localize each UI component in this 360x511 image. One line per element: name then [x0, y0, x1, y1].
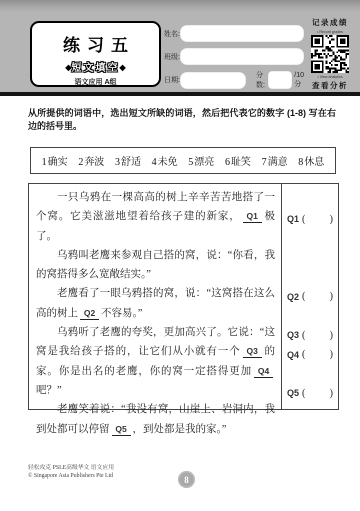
- exercise-title-box: 练习五 ◆短文填空◆ 语文应用 A组: [30, 21, 161, 87]
- class-row: 班级:: [164, 48, 304, 65]
- student-form: 姓名: 班级: 日期: 分数: /10分: [164, 0, 304, 92]
- qr-code-icon: [311, 35, 349, 73]
- answer-slot-Q4[interactable]: Q4(): [287, 345, 334, 364]
- name-field[interactable]: [180, 25, 304, 42]
- qr-top-sublabel: • Record grades: [308, 29, 351, 34]
- score-field[interactable]: [268, 71, 292, 89]
- passage-paragraph: 一只乌鸦在一棵高高的树上辛辛苦苦地搭了一个窝。它美滋滋地望着给孩子建的新家，Q1…: [36, 188, 275, 246]
- word-bank-item: 6耻笑: [225, 153, 251, 168]
- worksheet-page: 练习五 ◆短文填空◆ 语文应用 A组 姓名: 班级: 日期: 分数: /10分: [0, 0, 360, 511]
- answer-slot-Q3[interactable]: Q3(): [287, 326, 334, 345]
- exercise-category: 语文应用 A组: [32, 77, 159, 87]
- name-row: 姓名:: [164, 25, 304, 42]
- passage-blank-Q2: Q2: [80, 308, 99, 320]
- word-bank-item: 1确实: [42, 153, 68, 168]
- word-bank-item: 7满意: [262, 153, 288, 168]
- qr-bottom-label: 查看分析: [306, 80, 354, 91]
- passage-blank-Q5: Q5: [112, 424, 131, 436]
- answer-slot-Q1[interactable]: Q1(): [287, 210, 334, 229]
- answer-column: Q1()Q2()Q3()Q4()Q5(): [282, 184, 338, 409]
- date-label: 日期:: [164, 75, 180, 85]
- exercise-title: 练习五: [32, 31, 159, 56]
- passage-paragraph: 乌鸦听了老鹰的夸奖，更加高兴了。它说：“这窝是我给孩子搭的，让它们从小就有一个Q…: [36, 323, 275, 400]
- header-divider: [0, 92, 360, 96]
- passage-text-cell: 一只乌鸦在一棵高高的树上辛辛苦苦地搭了一个窝。它美滋滋地望着给孩子建的新家，Q1…: [29, 184, 282, 409]
- copyright-line: © Singapore Asia Publishers Pte Ltd: [28, 472, 114, 480]
- book-title: 轻松攻克 PSLE高级华文 语文应用: [28, 464, 114, 472]
- word-bank-item: 8休息: [298, 153, 324, 168]
- word-bank: 1确实2奔波3舒适4未免5漂亮6耻笑7满意8休息: [30, 147, 336, 174]
- name-label: 姓名:: [164, 29, 180, 39]
- exercise-subtitle-text: 短文填空: [72, 63, 120, 74]
- diamond-icon: ◆: [120, 63, 126, 72]
- passage-blank-Q3: Q3: [243, 346, 262, 358]
- header-band: 练习五 ◆短文填空◆ 语文应用 A组 姓名: 班级: 日期: 分数: /10分: [0, 0, 360, 92]
- score-total: /10分: [294, 72, 304, 89]
- qr-top-label: 记录成绩: [306, 17, 354, 28]
- qr-panel: 记录成绩 • Record grades • View analytics 查看…: [306, 17, 354, 89]
- passage-box: 一只乌鸦在一棵高高的树上辛辛苦苦地搭了一个窝。它美滋滋地望着给孩子建的新家，Q1…: [28, 183, 339, 410]
- score-label: 分数:: [256, 70, 265, 90]
- passage-blank-Q4: Q4: [254, 366, 273, 378]
- date-score-row: 日期: 分数: /10分: [164, 70, 304, 90]
- class-field[interactable]: [180, 48, 304, 65]
- word-bank-item: 2奔波: [78, 153, 104, 168]
- page-number-badge: 8: [178, 471, 195, 488]
- passage-paragraph: 乌鸦叫老鹰来参观自己搭的窝，说：“你看，我的窝搭得多么宽敞结实。”: [36, 246, 275, 285]
- qr-bottom-sublabel: • View analytics: [308, 74, 351, 79]
- answer-slot-Q2[interactable]: Q2(): [287, 287, 334, 306]
- passage-paragraph: 老鹰笑着说：“我没有窝，山崖上、岩洞内，我到处都可以停留Q5，到处都是我的家。”: [36, 400, 275, 439]
- footer-imprint: 轻松攻克 PSLE高级华文 语文应用 © Singapore Asia Publ…: [28, 464, 114, 480]
- class-label: 班级:: [164, 52, 180, 62]
- answer-slot-Q5[interactable]: Q5(): [287, 384, 334, 403]
- word-bank-item: 3舒适: [115, 153, 141, 168]
- date-field[interactable]: [180, 72, 246, 89]
- passage-paragraph: 老鹰看了一眼乌鸦搭的窝，说：“这窝搭在这么高的树上Q2不容易。”: [36, 284, 275, 323]
- word-bank-item: 4未免: [152, 153, 178, 168]
- exercise-subtitle: ◆短文填空◆: [32, 59, 159, 74]
- instructions-text: 从所提供的词语中，选出短文所缺的词语，然后把代表它的数字 (1-8) 写在右边的…: [28, 107, 336, 133]
- passage-blank-Q1: Q1: [243, 211, 262, 223]
- word-bank-item: 5漂亮: [188, 153, 214, 168]
